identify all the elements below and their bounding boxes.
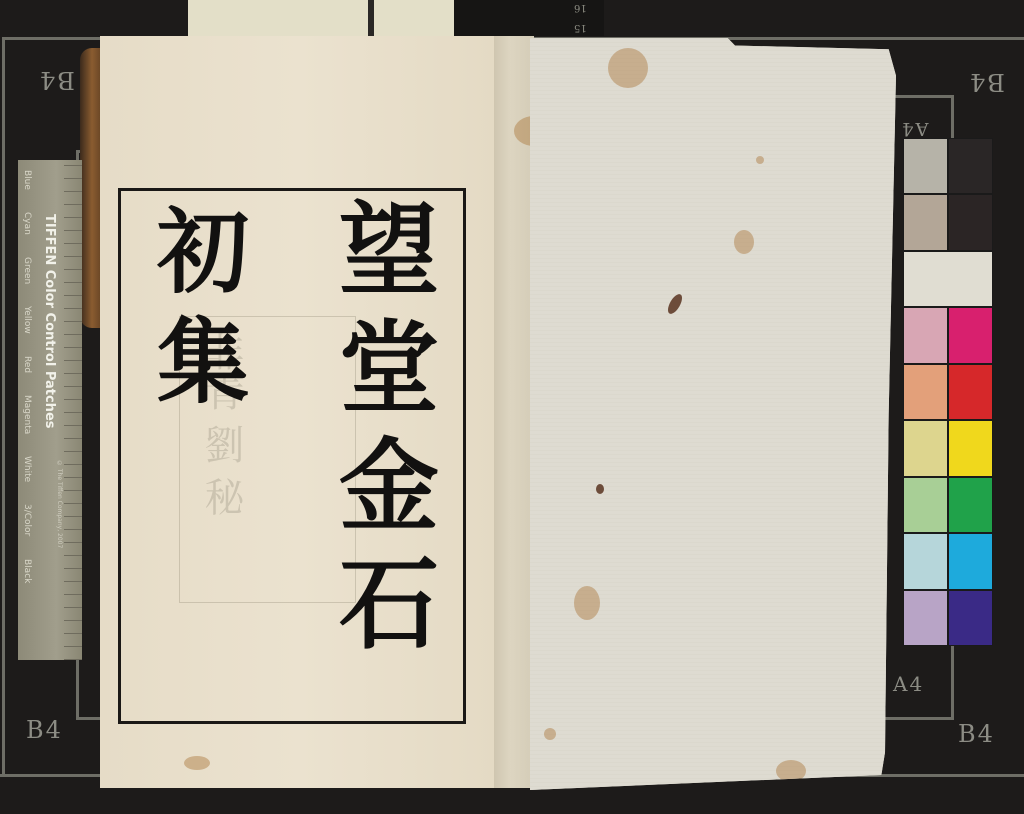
color-patch xyxy=(903,533,948,589)
size-label-bottom-left: B4 xyxy=(26,716,63,744)
stain xyxy=(608,48,648,88)
stain xyxy=(544,728,556,740)
color-patch xyxy=(903,590,948,646)
color-name: 3/Color xyxy=(22,504,32,536)
stain xyxy=(756,156,764,164)
tiffen-color-strip: Blue Cyan Green Yellow Red Magenta White… xyxy=(18,160,82,660)
stain xyxy=(184,756,210,770)
color-calibration-chart xyxy=(903,138,993,646)
title-main: 望堂金石 xyxy=(321,197,441,669)
book-spine xyxy=(494,36,534,788)
color-patch xyxy=(903,420,948,476)
size-label-bottom-right: B4 xyxy=(958,720,995,748)
color-patch xyxy=(903,194,948,250)
color-name: Cyan xyxy=(22,212,32,235)
color-name: Red xyxy=(22,356,32,373)
color-patch xyxy=(948,194,993,250)
color-name: Blue xyxy=(22,170,32,190)
color-patch xyxy=(948,477,993,533)
stain xyxy=(574,586,600,620)
title-frame: 非青 劉 秘 望堂金石 初集 xyxy=(118,188,466,724)
color-patch xyxy=(903,307,948,363)
title-subtitle: 初集 xyxy=(141,203,251,423)
color-patch xyxy=(903,364,948,420)
color-patch xyxy=(948,533,993,589)
color-patch xyxy=(948,420,993,476)
stain xyxy=(665,292,685,316)
ruler-mark: 16 xyxy=(574,2,587,13)
tiffen-color-names: Blue Cyan Green Yellow Red Magenta White… xyxy=(22,170,32,583)
stain xyxy=(734,230,754,254)
color-name: White xyxy=(22,456,32,482)
color-patch xyxy=(948,307,993,363)
tiffen-copyright: © The Tiffen Company, 2007 xyxy=(56,460,63,548)
stain xyxy=(596,484,604,494)
top-ruler: 16 15 xyxy=(454,0,604,36)
color-patch xyxy=(948,590,993,646)
top-strip-gap xyxy=(368,0,374,36)
size-label-top-left: B4 xyxy=(38,66,75,94)
color-patch xyxy=(948,138,993,194)
color-name: Black xyxy=(22,559,32,583)
tiffen-brand: TIFFEN Color Control Patches xyxy=(42,214,57,429)
color-name: Magenta xyxy=(22,395,32,434)
color-patch xyxy=(903,138,948,194)
blank-page xyxy=(530,38,896,790)
color-patch xyxy=(903,251,993,307)
top-paper-strip xyxy=(188,0,456,36)
centimeter-ruler xyxy=(64,160,82,660)
color-name: Green xyxy=(22,257,32,284)
size-label-top-right: B4 xyxy=(968,68,1005,96)
ruler-mark: 15 xyxy=(574,22,587,33)
color-name: Yellow xyxy=(22,306,32,334)
size-label-top-right-inner: A4 xyxy=(900,118,928,139)
size-label-bottom-right-inner: A4 xyxy=(893,672,924,696)
color-patch xyxy=(948,364,993,420)
color-patch xyxy=(903,477,948,533)
